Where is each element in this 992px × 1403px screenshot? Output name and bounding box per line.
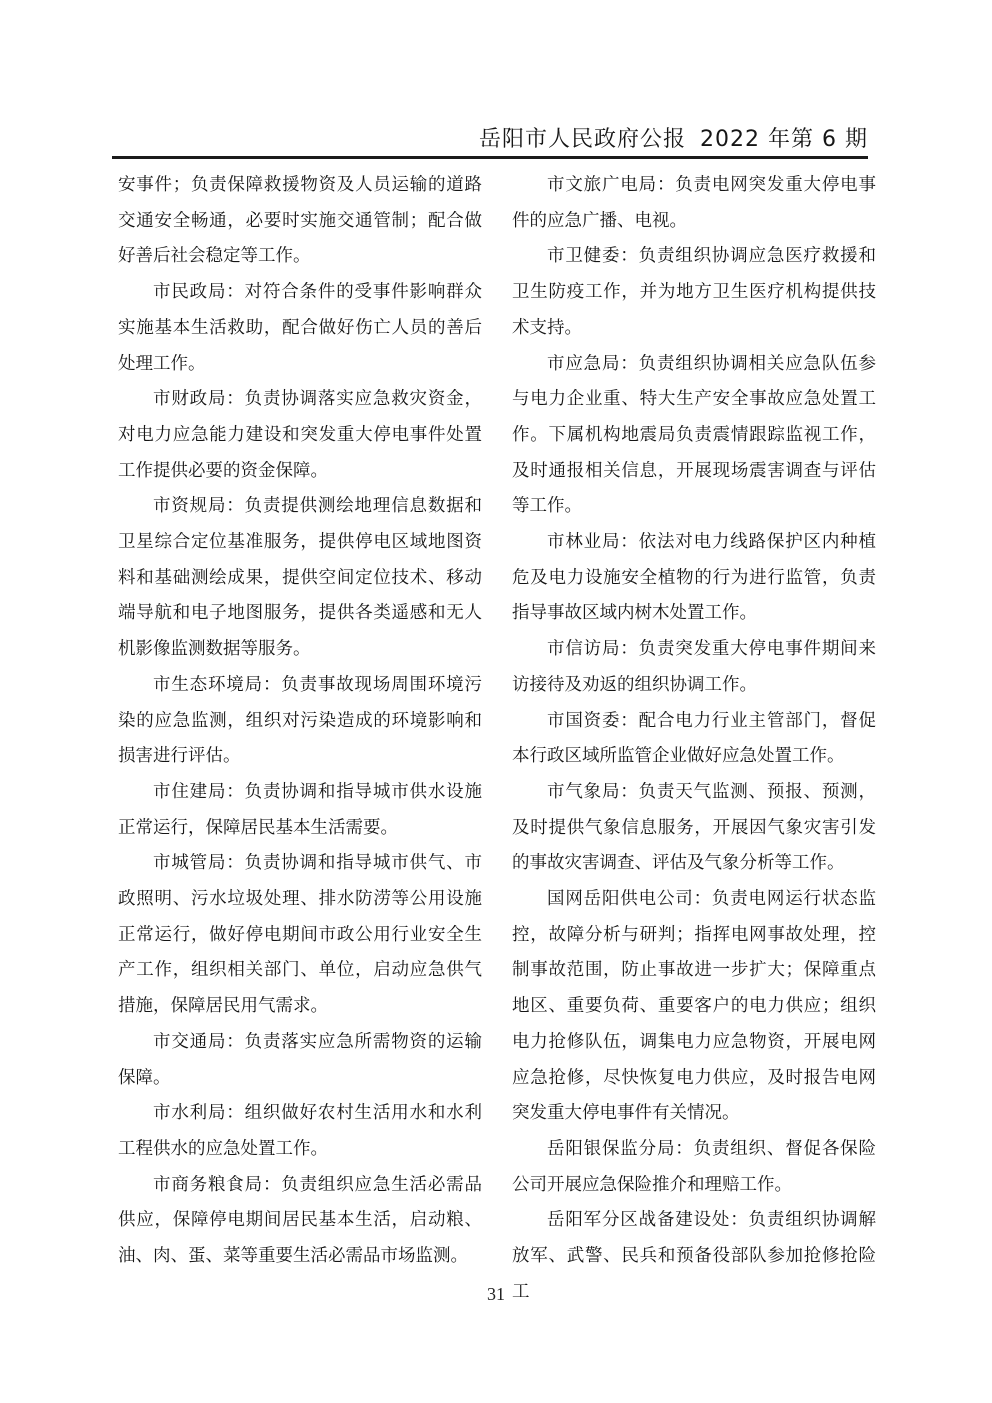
page-number: 31 [487,1284,505,1304]
page-footer: 31 [112,1283,880,1305]
issue-label: 2022 年第 6 期 [700,127,868,152]
paragraph: 市水利局：组织做好农村生活用水和水利工程供水的应急处置工作。 [118,1095,482,1166]
page-header: 岳阳市人民政府公报2022 年第 6 期 [112,127,868,153]
paragraph: 市卫健委：负责组织协调应急医疗救援和卫生防疫工作，并为地方卫生医疗机构提供技术支… [512,238,876,345]
paragraph: 市信访局：负责突发重大停电事件期间来访接待及劝返的组织协调工作。 [512,631,876,702]
paragraph: 市国资委：配合电力行业主管部门，督促本行政区域所监管企业做好应急处置工作。 [512,703,876,774]
paragraph: 市林业局：依法对电力线路保护区内种植危及电力设施安全植物的行为进行监管，负责指导… [512,524,876,631]
paragraph: 市商务粮食局：负责组织应急生活必需品供应，保障停电期间居民基本生活，启动粮、油、… [118,1167,482,1274]
paragraph: 市气象局：负责天气监测、预报、预测，及时提供气象信息服务，开展因气象灾害引发的事… [512,774,876,881]
paragraph: 市城管局：负责协调和指导城市供气、市政照明、污水垃圾处理、排水防涝等公用设施正常… [118,845,482,1024]
paragraph: 市应急局：负责组织协调相关应急队伍参与电力企业重、特大生产安全事故应急处置工作。… [512,346,876,525]
paragraph: 安事件；负责保障救援物资及人员运输的道路交通安全畅通，必要时实施交通管制；配合做… [118,167,482,274]
paragraph: 市住建局：负责协调和指导城市供水设施正常运行，保障居民基本生活需要。 [118,774,482,845]
paragraph: 市生态环境局：负责事故现场周围环境污染的应急监测，组织对污染造成的环境影响和损害… [118,667,482,774]
paragraph: 市交通局：负责落实应急所需物资的运输保障。 [118,1024,482,1095]
paragraph: 岳阳银保监分局：负责组织、督促各保险公司开展应急保险推介和理赔工作。 [512,1131,876,1202]
column-left: 安事件；负责保障救援物资及人员运输的道路交通安全畅通，必要时实施交通管制；配合做… [118,167,482,1310]
paragraph: 市文旅广电局：负责电网突发重大停电事件的应急广播、电视。 [512,167,876,238]
header-rule [112,156,868,159]
publication-title: 岳阳市人民政府公报 [479,127,686,152]
paragraph: 国网岳阳供电公司：负责电网运行状态监控，故障分析与研判；指挥电网事故处理，控制事… [512,881,876,1131]
paragraph: 市财政局：负责协调落实应急救灾资金，对电力应急能力建设和突发重大停电事件处置工作… [118,381,482,488]
content-columns: 安事件；负责保障救援物资及人员运输的道路交通安全畅通，必要时实施交通管制；配合做… [118,167,876,1310]
paragraph: 市资规局：负责提供测绘地理信息数据和卫星综合定位基准服务，提供停电区域地图资料和… [118,488,482,667]
gazette-page: 岳阳市人民政府公报2022 年第 6 期 安事件；负责保障救援物资及人员运输的道… [0,0,992,1403]
paragraph: 市民政局：对符合条件的受事件影响群众实施基本生活救助，配合做好伤亡人员的善后处理… [118,274,482,381]
column-right: 市文旅广电局：负责电网突发重大停电事件的应急广播、电视。 市卫健委：负责组织协调… [512,167,876,1310]
